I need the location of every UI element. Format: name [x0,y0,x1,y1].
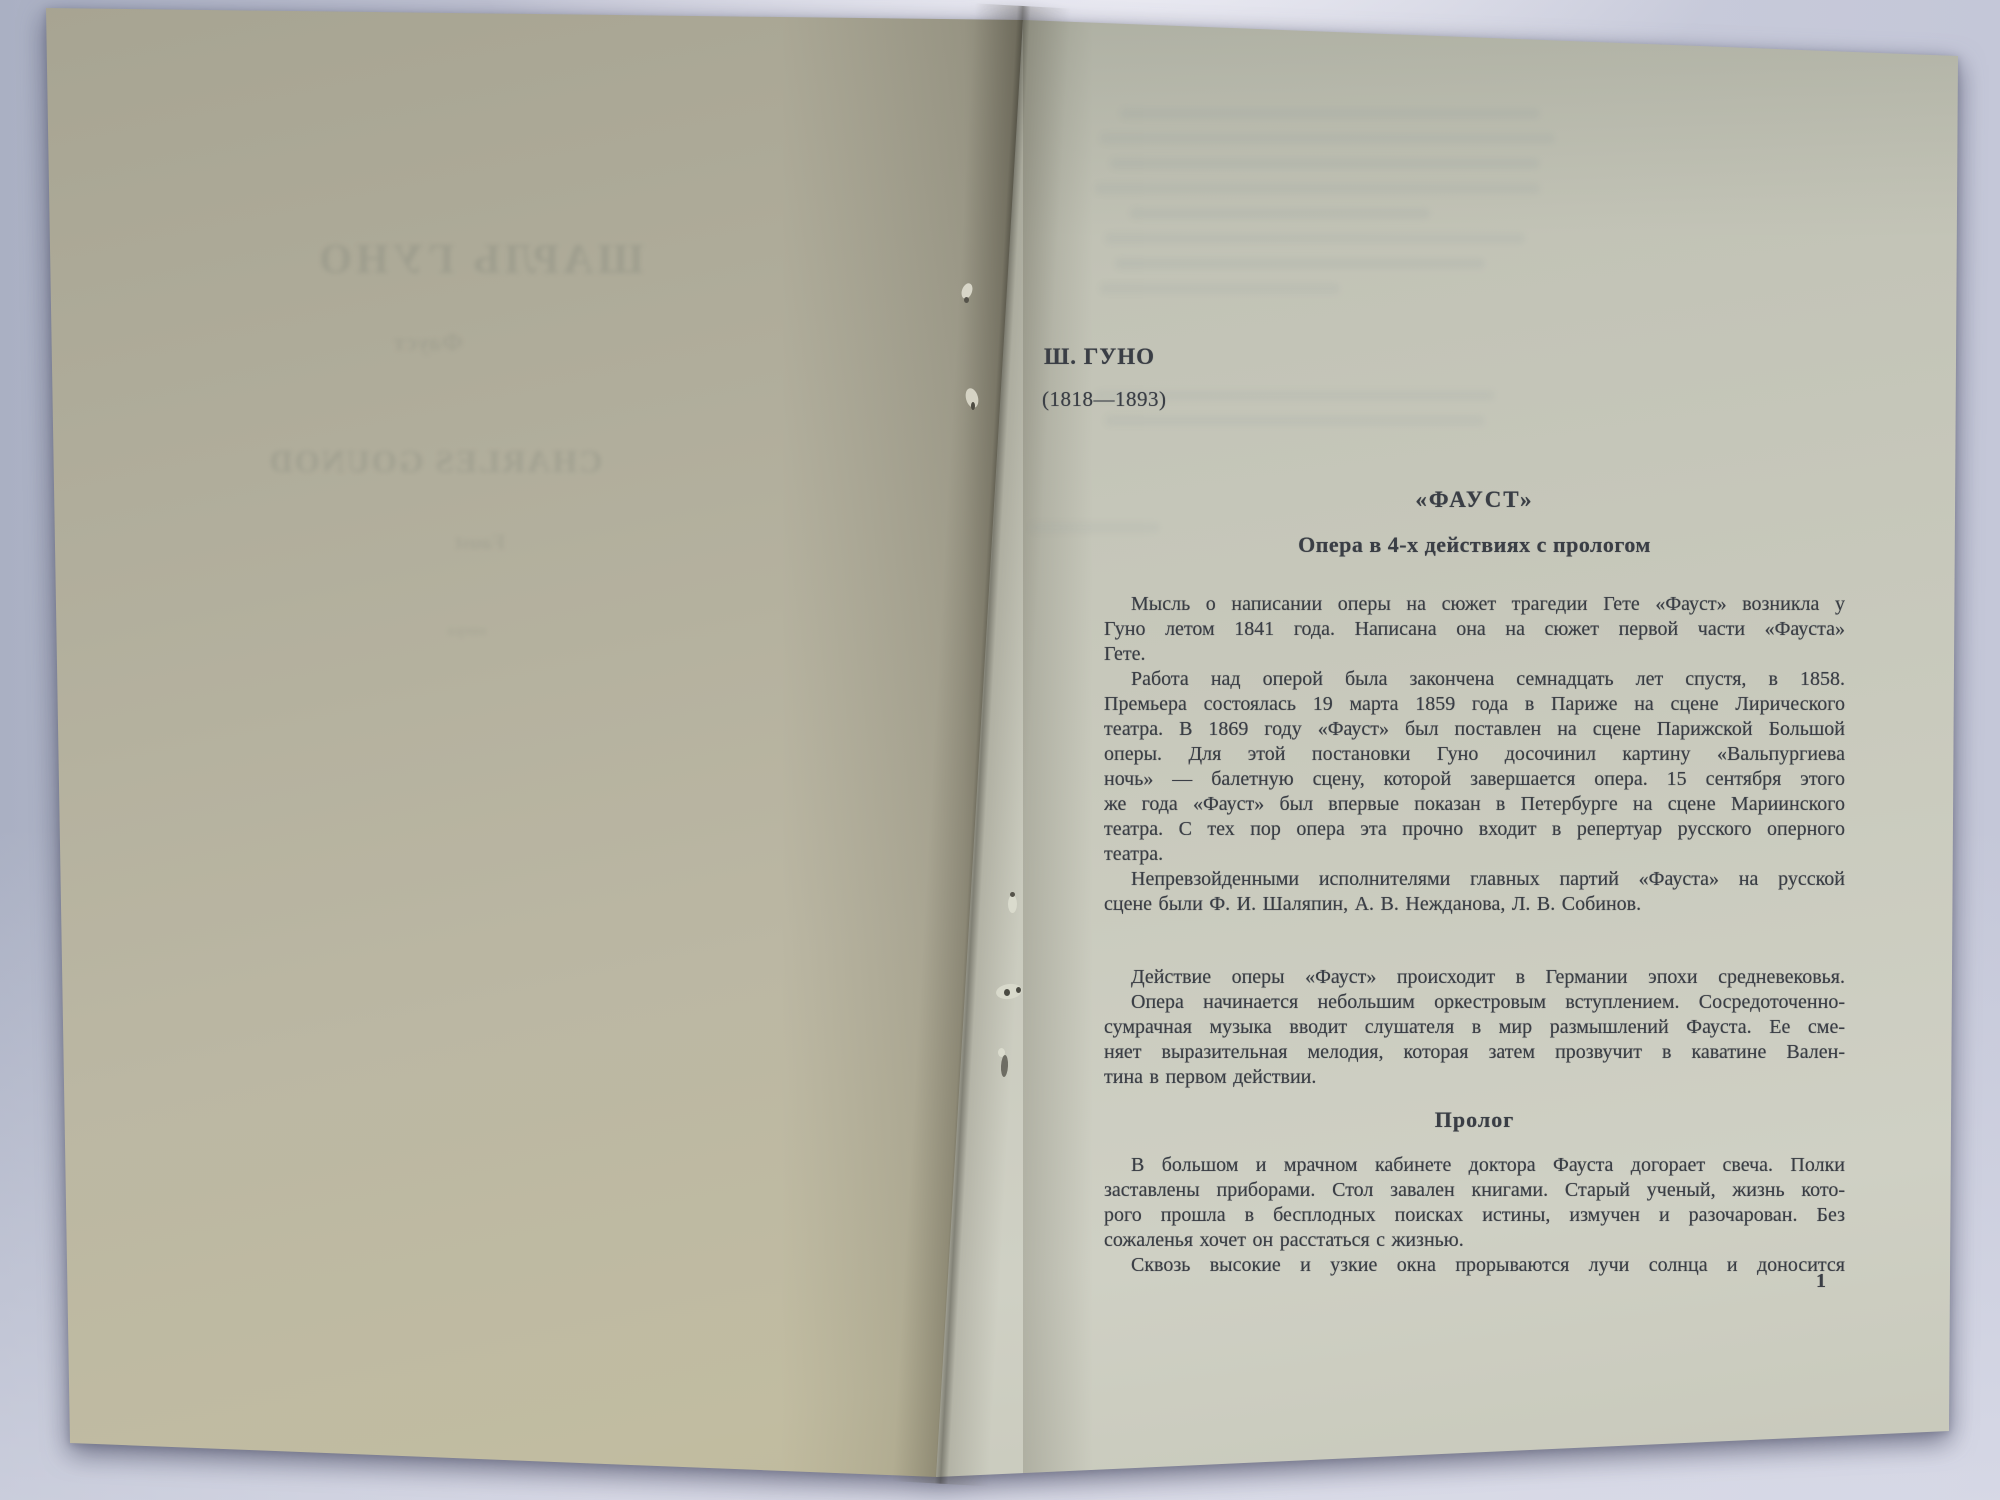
binding-tear [1008,895,1017,913]
binding-tear [1010,892,1015,897]
body-text-line: Гете. [1104,642,1845,667]
body-text-line: заставлены приборами. Стол завален книга… [1104,1178,1845,1203]
body-text-line: Гуно летом 1841 года. Написана она на сю… [1104,617,1845,642]
bleedthrough-text-line: ШАРЛЬ ГУНО [282,236,677,284]
paragraph: Действие оперы «Фауст» происходит в Герм… [1104,965,1845,990]
body-text-line: оперы. Для этой постановки Гуно досочини… [1104,742,1845,767]
body-text-line: В большом и мрачном кабинете доктора Фау… [1104,1153,1845,1178]
bleedthrough-text-line: Faust [414,530,546,555]
body-text-line: тина в первом действии. [1104,1065,1845,1090]
booklet-spread: ШАРЛЬ ГУНОФаустCHARLES GOUNODFaustопера … [0,0,2000,1500]
body-text-line: театра. [1104,842,1845,867]
paragraph: Работа над оперой была закончена семнадц… [1104,667,1845,867]
binding-tear [1004,989,1010,996]
paper-nick [1748,42,1774,49]
paragraph: Опера начинается небольшим оркестровым в… [1104,990,1845,1090]
body-text-line: сумрачная музыка вводит слушателя в мир … [1104,1015,1845,1040]
body-text-line: сцене были Ф. И. Шаляпин, А. В. Нежданов… [1104,892,1845,917]
body-text-line: театра. В 1869 году «Фауст» был поставле… [1104,717,1845,742]
binding-tear [964,297,969,303]
body-text-line: Мысль о написании оперы на сюжет трагеди… [1104,592,1845,617]
body-text-line: няет выразительная мелодия, которая зате… [1104,1040,1845,1065]
body-text-line: же года «Фауст» был впервые показан в Пе… [1104,792,1845,817]
paragraph: В большом и мрачном кабинете доктора Фау… [1104,1153,1845,1278]
body-text: Мысль о написании оперы на сюжет трагеди… [1104,0,1845,1500]
body-text-line: Работа над оперой была закончена семнадц… [1104,667,1845,692]
right-page-gutter-shadow [1023,18,1093,1478]
body-text-line: Непревзойденными исполнителями главных п… [1104,867,1845,892]
body-text-line: сожаленья хочет он расстаться с жизнью. [1104,1228,1845,1253]
binding-tear [1016,987,1021,993]
body-text-line: Опера начинается небольшим оркестровым в… [1104,990,1845,1015]
body-text-line: театра. С тех пор опера эта прочно входи… [1104,817,1845,842]
paragraph: Непревзойденными исполнителями главных п… [1104,867,1845,917]
body-text-line: Премьера состоялась 19 марта 1859 года в… [1104,692,1845,717]
body-text-line: ночь» — балетную сцену, которой завершае… [1104,767,1845,792]
photo-of-open-booklet: { "document": { "kind": "printed opera p… [0,0,2000,1500]
body-text-line: Сквозь высокие и узкие окна прорываются … [1104,1253,1845,1278]
body-text-line: рого прошла в бесплодных поисках истины,… [1104,1203,1845,1228]
bleedthrough-text-line: CHARLES GOUNOD [260,443,610,480]
page-number: 1 [1816,1270,1826,1293]
binding-tear [971,402,975,410]
bleedthrough-text-line: опера [412,623,522,640]
paragraph: Мысль о написании оперы на сюжет трагеди… [1104,592,1845,667]
bleedthrough-text-line: Фауст [330,330,525,357]
body-text-line: Действие оперы «Фауст» происходит в Герм… [1104,965,1845,990]
